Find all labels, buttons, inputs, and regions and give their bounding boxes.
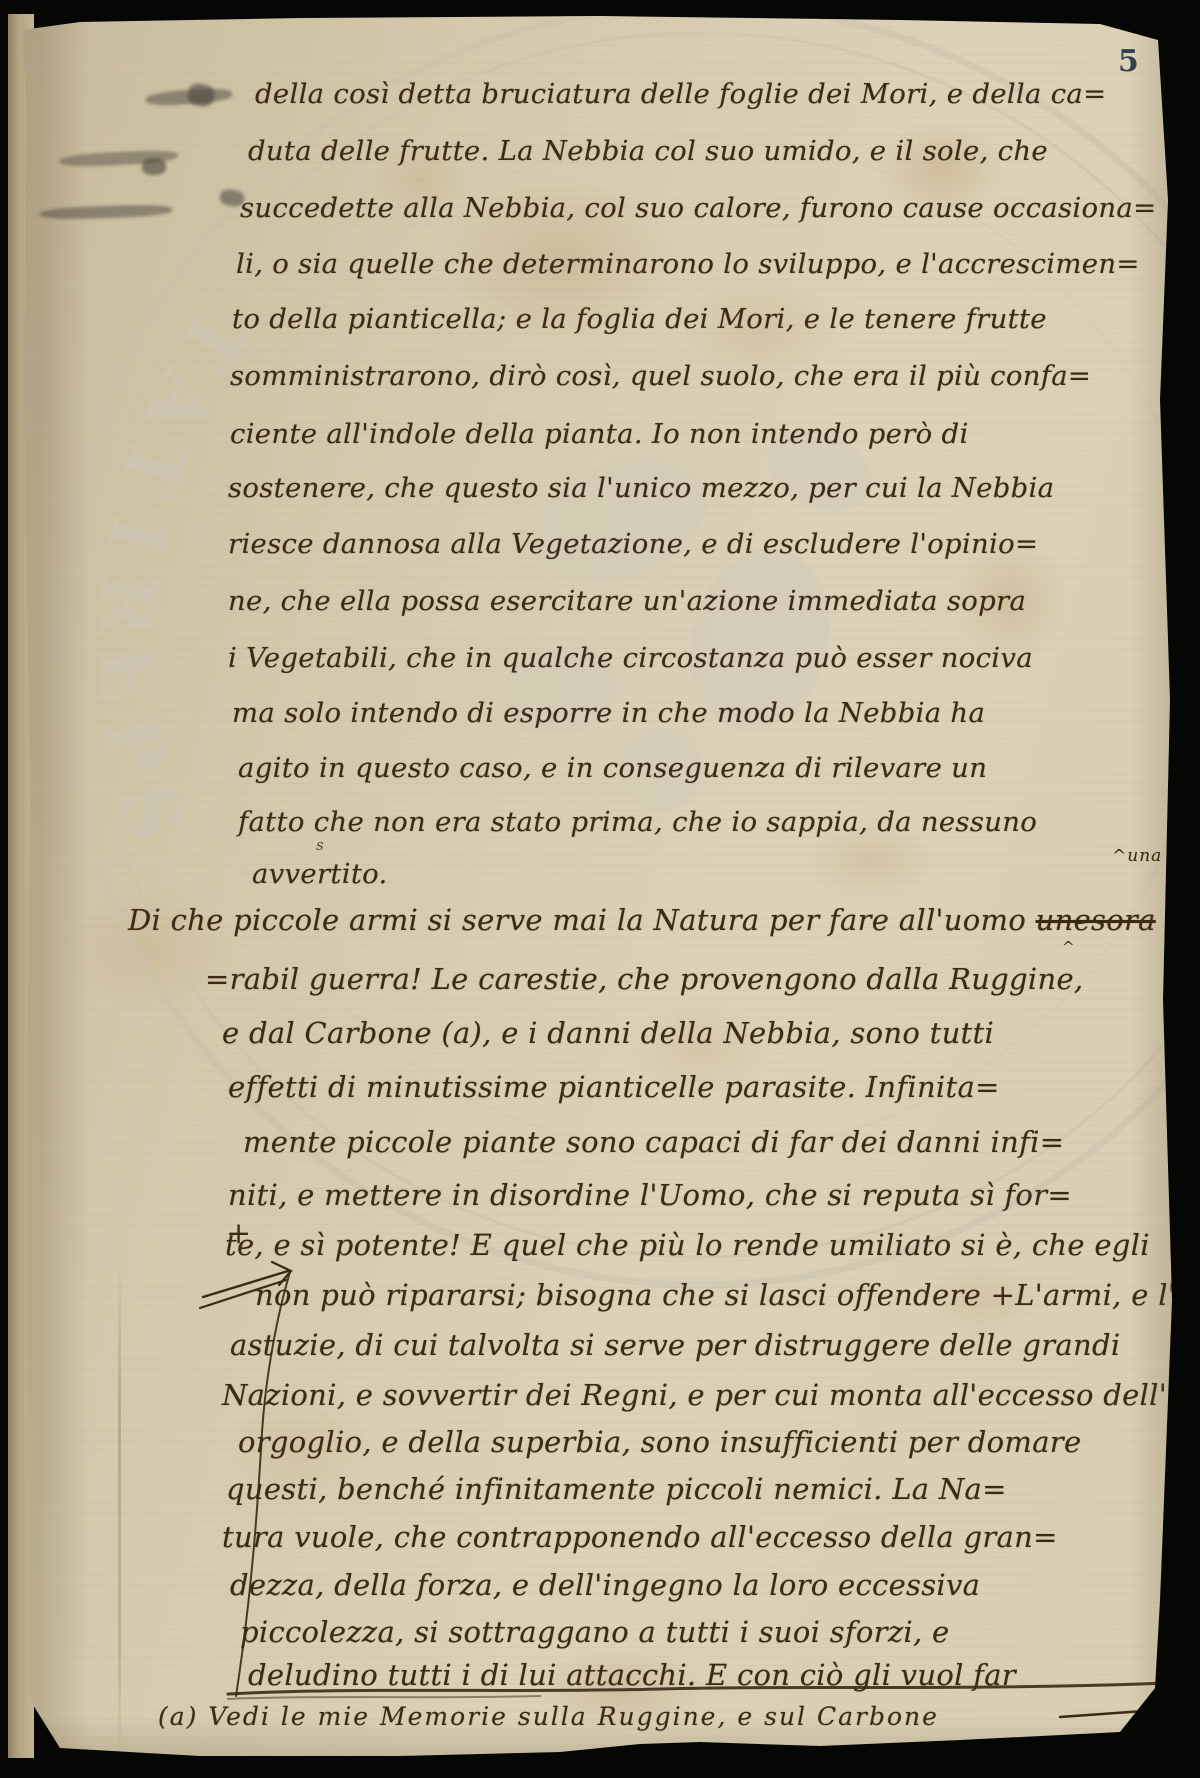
manuscript-line: Nazioni, e sovvertir dei Regni, e per cu… [222, 1378, 1167, 1412]
margin-plus-mark: + [226, 1216, 251, 1251]
manuscript-line: te, e sì potente! E quel che più lo rend… [225, 1228, 1150, 1262]
svg-text:I: I [90, 510, 181, 560]
svg-text:P: P [87, 710, 181, 780]
manuscript-line: questi, benché infinitamente piccoli nem… [226, 1472, 1007, 1506]
correction-strikethrough: unesora [1036, 903, 1156, 937]
bleedthrough-mark [40, 204, 172, 221]
watermark-seal: S P E R I T A T [0, 0, 1200, 1500]
manuscript-line: astuzie, di cui talvolta si serve per di… [230, 1328, 1120, 1362]
manuscript-line: avvertito. [252, 858, 388, 890]
manuscript-line: della così detta bruciatura delle foglie… [255, 78, 1106, 110]
footnote-trailing-dash [1060, 1709, 1172, 1717]
manuscript-line: tura vuole, che contrapponendo all'ecces… [222, 1520, 1058, 1554]
manuscript-line: sostenere, che questo sia l'unico mezzo,… [228, 472, 1054, 504]
manuscript-line: e dal Carbone (a), e i danni della Nebbi… [222, 1016, 994, 1050]
bleedthrough-mark [186, 82, 215, 108]
insertion-caret: ^ [1062, 938, 1075, 956]
manuscript-line: effetti di minutissime pianticelle paras… [228, 1070, 1000, 1104]
scanned-page: S P E R I T A T 5 della così detta bruci… [0, 0, 1200, 1778]
manuscript-line: agito in questo caso, e in conseguenza d… [238, 752, 987, 784]
manuscript-line: li, o sia quelle che determinarono lo sv… [236, 248, 1140, 280]
manuscript-line: piccolezza, si sottraggano a tutti i suo… [240, 1615, 950, 1649]
svg-text:A: A [127, 357, 230, 448]
manuscript-line: orgoglio, e della superbia, sono insuffi… [238, 1425, 1081, 1459]
manuscript-line: somministrarono, dirò così, quel suolo, … [230, 360, 1091, 392]
footnote: (a) Vedi le mie Memorie sulla Ruggine, e… [158, 1702, 939, 1731]
svg-text:S: S [101, 775, 199, 851]
page-number: 5 [1118, 44, 1140, 79]
correction-insertion: ^una ineso= [1112, 846, 1200, 866]
manuscript-line: =rabil guerra! Le carestie, che provengo… [205, 962, 1083, 996]
manuscript-line: non può ripararsi; bisogna che si lasci … [255, 1278, 1176, 1312]
manuscript-line: ciente all'indole della pianta. Io non i… [230, 418, 969, 450]
manuscript-line: to della pianticella; e la foglia dei Mo… [232, 303, 1047, 335]
interline-correction-mark: s [316, 836, 324, 854]
manuscript-line: niti, e mettere in disordine l'Uomo, che… [228, 1178, 1072, 1212]
manuscript-line: deludino tutti i di lui attacchi. E con … [248, 1658, 1016, 1692]
svg-text:E: E [82, 645, 171, 706]
manuscript-line: i Vegetabili, che in qualche circostanza… [228, 642, 1033, 674]
manuscript-line: fatto che non era stato prima, che io sa… [238, 806, 1037, 838]
bleedthrough-mark [142, 158, 166, 175]
manuscript-line: ma solo intendo di esporre in che modo l… [232, 697, 985, 729]
manuscript-line: dezza, della forza, e dell'ingegno la lo… [230, 1568, 980, 1602]
manuscript-line: duta delle frutte. La Nebbia col suo umi… [248, 135, 1048, 167]
manuscript-line: ne, che ella possa esercitare un'azione … [228, 585, 1026, 617]
paper-sheet: S P E R I T A T 5 della così detta bruci… [0, 0, 1200, 1778]
manuscript-line: mente piccole piante sono capaci di far … [243, 1125, 1064, 1159]
manuscript-line: succedette alla Nebbia, col suo calore, … [240, 192, 1156, 224]
manuscript-line: riesce dannosa alla Vegetazione, e di es… [228, 528, 1038, 560]
manuscript-line: Di che piccole armi si serve mai la Natu… [128, 903, 1156, 937]
svg-text:R: R [81, 571, 171, 639]
svg-text:T: T [104, 428, 203, 507]
paper-crease [118, 1260, 121, 1760]
